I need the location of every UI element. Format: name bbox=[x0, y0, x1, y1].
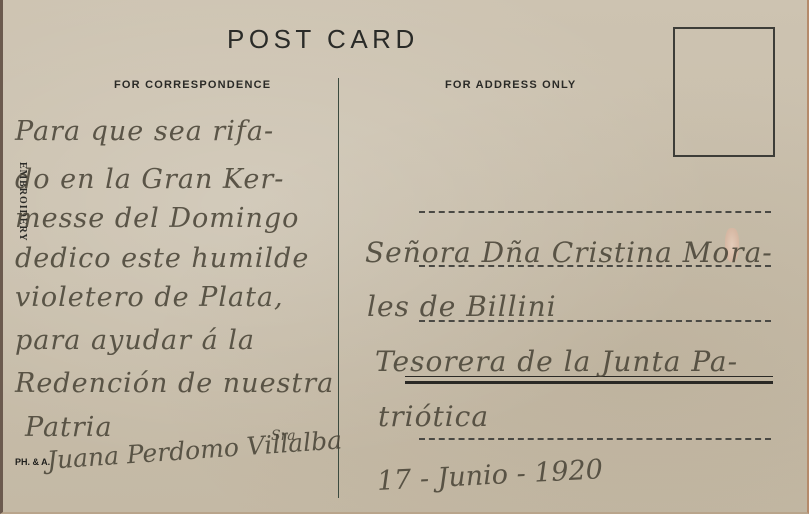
stamp-box bbox=[673, 27, 775, 157]
address-dotted-line bbox=[419, 211, 771, 213]
message-line: Patria bbox=[25, 412, 113, 443]
address-label: FOR ADDRESS ONLY bbox=[445, 79, 576, 91]
message-line: Redención de nuestra bbox=[15, 368, 334, 399]
correspondence-label: FOR CORRESPONDENCE bbox=[114, 79, 271, 91]
address-line: triótica bbox=[378, 400, 489, 433]
postcard-title: POST CARD bbox=[227, 24, 419, 55]
address-underline-thick bbox=[405, 381, 773, 384]
message-line: para ayudar á la bbox=[15, 325, 255, 356]
address-line: Señora Dña Cristina Mora- bbox=[365, 236, 773, 269]
address-line: les de Billini bbox=[367, 290, 557, 323]
postcard: POST CARD FOR CORRESPONDENCE FOR ADDRESS… bbox=[0, 0, 809, 514]
message-line: messe del Domingo bbox=[15, 203, 299, 234]
message-line: violetero de Plata, bbox=[15, 282, 284, 313]
printer-mark: PH. & A. bbox=[15, 457, 50, 467]
message-line: Para que sea rifa- bbox=[15, 116, 274, 147]
address-line: Tesorera de la Junta Pa- bbox=[375, 345, 738, 378]
message-date: 17 - Junio - 1920 bbox=[376, 454, 603, 497]
address-dotted-line bbox=[419, 438, 771, 440]
message-line: dedico este humilde bbox=[15, 243, 309, 274]
message-line: do en la Gran Ker- bbox=[15, 164, 284, 195]
